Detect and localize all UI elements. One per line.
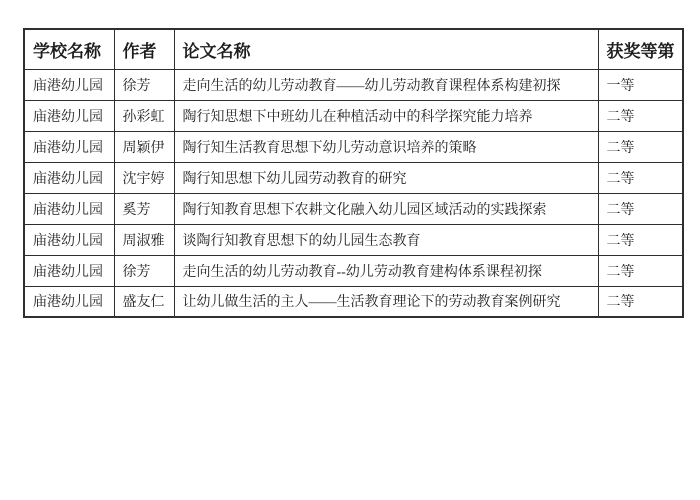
table-row: 庙港幼儿园 盛友仁 让幼儿做生活的主人——生活教育理论下的劳动教育案例研究 二等 (24, 286, 683, 317)
award-cell: 二等 (598, 224, 683, 255)
awards-table: 学校名称 作者 论文名称 获奖等第 庙港幼儿园 徐芳 走向生活的幼儿劳动教育——… (23, 28, 684, 318)
school-cell: 庙港幼儿园 (24, 224, 114, 255)
award-cell: 二等 (598, 193, 683, 224)
author-cell: 孙彩虹 (114, 100, 174, 131)
paper-title-cell: 陶行知思想下幼儿园劳动教育的研究 (174, 162, 598, 193)
school-cell: 庙港幼儿园 (24, 69, 114, 100)
paper-title-cell: 陶行知思想下中班幼儿在种植活动中的科学探究能力培养 (174, 100, 598, 131)
header-author: 作者 (114, 29, 174, 69)
header-paper-title: 论文名称 (174, 29, 598, 69)
author-cell: 徐芳 (114, 69, 174, 100)
school-cell: 庙港幼儿园 (24, 286, 114, 317)
award-cell: 二等 (598, 100, 683, 131)
table-header: 学校名称 作者 论文名称 获奖等第 (24, 29, 683, 69)
paper-title-cell: 陶行知生活教育思想下幼儿劳动意识培养的策略 (174, 131, 598, 162)
table-row: 庙港幼儿园 徐芳 走向生活的幼儿劳动教育--幼儿劳动教育建构体系课程初探 二等 (24, 255, 683, 286)
table-row: 庙港幼儿园 沈宇婷 陶行知思想下幼儿园劳动教育的研究 二等 (24, 162, 683, 193)
header-row: 学校名称 作者 论文名称 获奖等第 (24, 29, 683, 69)
author-cell: 盛友仁 (114, 286, 174, 317)
paper-title-cell: 走向生活的幼儿劳动教育--幼儿劳动教育建构体系课程初探 (174, 255, 598, 286)
table-body: 庙港幼儿园 徐芳 走向生活的幼儿劳动教育——幼儿劳动教育课程体系构建初探 一等 … (24, 69, 683, 317)
table-row: 庙港幼儿园 周颖伊 陶行知生活教育思想下幼儿劳动意识培养的策略 二等 (24, 131, 683, 162)
document-page: 学校名称 作者 论文名称 获奖等第 庙港幼儿园 徐芳 走向生活的幼儿劳动教育——… (0, 0, 700, 500)
award-cell: 二等 (598, 131, 683, 162)
author-cell: 周颖伊 (114, 131, 174, 162)
school-cell: 庙港幼儿园 (24, 100, 114, 131)
award-cell: 二等 (598, 286, 683, 317)
paper-title-cell: 谈陶行知教育思想下的幼儿园生态教育 (174, 224, 598, 255)
school-cell: 庙港幼儿园 (24, 255, 114, 286)
table-row: 庙港幼儿园 奚芳 陶行知教育思想下农耕文化融入幼儿园区域活动的实践探索 二等 (24, 193, 683, 224)
school-cell: 庙港幼儿园 (24, 193, 114, 224)
paper-title-cell: 让幼儿做生活的主人——生活教育理论下的劳动教育案例研究 (174, 286, 598, 317)
author-cell: 奚芳 (114, 193, 174, 224)
header-award-level: 获奖等第 (598, 29, 683, 69)
author-cell: 沈宇婷 (114, 162, 174, 193)
author-cell: 周淑雅 (114, 224, 174, 255)
award-cell: 二等 (598, 162, 683, 193)
paper-title-cell: 陶行知教育思想下农耕文化融入幼儿园区域活动的实践探索 (174, 193, 598, 224)
school-cell: 庙港幼儿园 (24, 162, 114, 193)
table-row: 庙港幼儿园 孙彩虹 陶行知思想下中班幼儿在种植活动中的科学探究能力培养 二等 (24, 100, 683, 131)
paper-title-cell: 走向生活的幼儿劳动教育——幼儿劳动教育课程体系构建初探 (174, 69, 598, 100)
award-cell: 一等 (598, 69, 683, 100)
author-cell: 徐芳 (114, 255, 174, 286)
school-cell: 庙港幼儿园 (24, 131, 114, 162)
table-row: 庙港幼儿园 徐芳 走向生活的幼儿劳动教育——幼儿劳动教育课程体系构建初探 一等 (24, 69, 683, 100)
award-cell: 二等 (598, 255, 683, 286)
table-row: 庙港幼儿园 周淑雅 谈陶行知教育思想下的幼儿园生态教育 二等 (24, 224, 683, 255)
header-school: 学校名称 (24, 29, 114, 69)
